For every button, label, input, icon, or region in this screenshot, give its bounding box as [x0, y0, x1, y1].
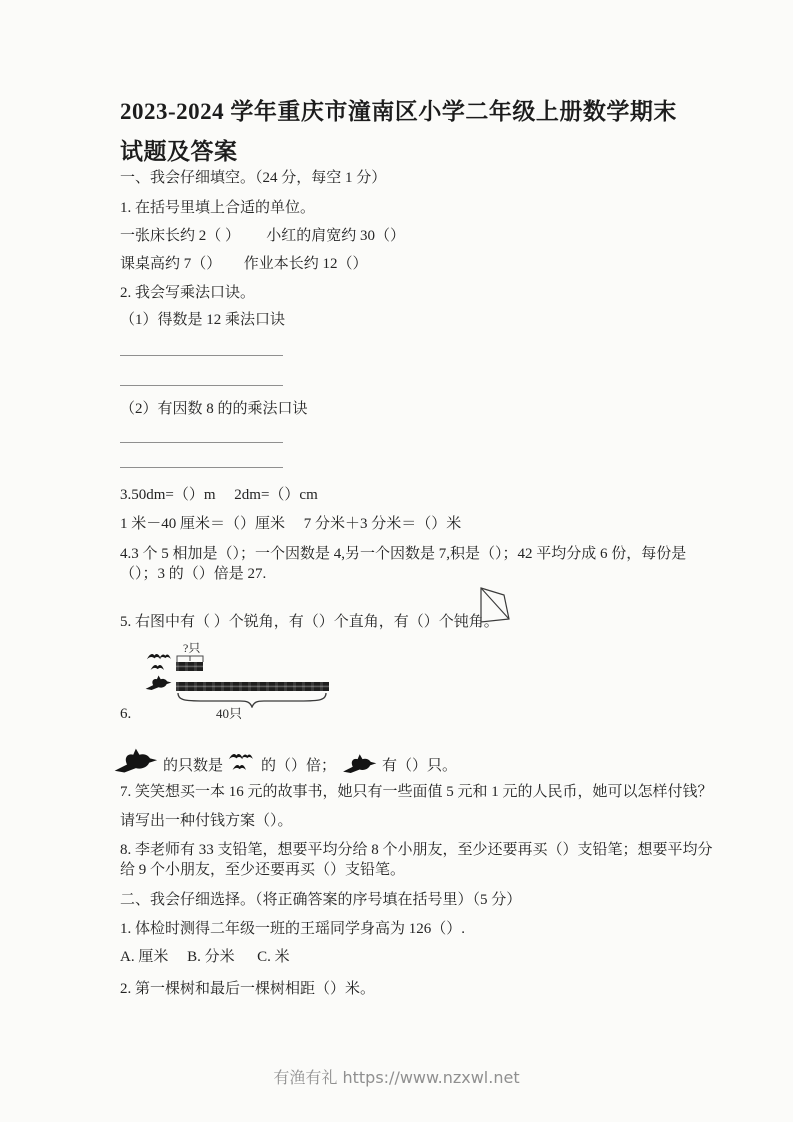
question-6-number: 6.: [120, 704, 131, 724]
unknown-count-label: ?只: [183, 641, 200, 655]
bird-icon: [341, 752, 377, 776]
question-5-prompt: 5. 右图中有（ ）个锐角，有（）个直角，有（）个钝角。: [120, 612, 499, 632]
question-4-line-1: 4.3 个 5 相加是（）；一个因数是 4,另一个因数是 7,积是（）；42 平…: [120, 544, 686, 564]
sentence-part-2: 的（）倍；: [261, 756, 336, 776]
question-4-line-2: （）；3 的（）倍是 27.: [120, 564, 266, 584]
curly-brace-icon: [176, 692, 328, 708]
bird-flock-icon: [146, 650, 174, 676]
question-2-sub-2: （2）有因数 8 的的乘法口诀: [120, 399, 308, 419]
section1-heading: 一、我会仔细填空。（24 分，每空 1 分）: [120, 168, 386, 188]
question-2-sub-1: （1）得数是 12 乘法口诀: [120, 310, 285, 330]
answer-blank-3: [120, 442, 283, 443]
sentence-part-3: 有（）只。: [382, 756, 457, 776]
answer-blank-4: [120, 467, 283, 468]
section2-heading: 二、我会仔细选择。（将正确答案的序号填在括号里）（5 分）: [120, 890, 521, 910]
measure-bracket-icon: [176, 654, 204, 662]
page-title: 2023-2024 学年重庆市潼南区小学二年级上册数学期末试题及答案: [120, 92, 700, 172]
exam-document-page: 2023-2024 学年重庆市潼南区小学二年级上册数学期末试题及答案 一、我会仔…: [0, 0, 793, 1122]
quadrilateral-with-diagonal-icon: [477, 584, 511, 626]
question-6-sentence: 的只数是 的（）倍； 有（）只。: [112, 742, 457, 776]
answer-blank-1: [120, 355, 283, 356]
total-count-label: 40只: [216, 707, 242, 721]
question-1-line-1: 一张床长约 2（ ） 小红的肩宽约 30（）: [120, 226, 405, 246]
question-8-line-2: 给 9 个小朋友，至少还要再买（）支铅笔。: [120, 860, 405, 880]
question-8-line-1: 8. 李老师有 33 支铅笔，想要平均分给 8 个小朋友，至少还要再买（）支铅笔…: [120, 840, 713, 860]
answer-blank-2: [120, 385, 283, 386]
question-7-line-2: 请写出一种付钱方案（）。: [120, 811, 293, 831]
bird-flock-icon: [228, 750, 256, 776]
question-3-line-1: 3.50dm=（）m 2dm=（）cm: [120, 485, 318, 505]
sentence-part-1: 的只数是: [163, 756, 223, 776]
long-bar: [176, 682, 329, 691]
bird-icon: [144, 674, 172, 692]
question-1-line-2: 课桌高约 7（） 作业本长约 12（）: [120, 254, 368, 274]
question-1-prompt: 1. 在括号里填上合适的单位。: [120, 198, 315, 218]
footer-watermark: 有渔有礼 https://www.nzxwl.net: [0, 1068, 793, 1088]
question-2-prompt: 2. 我会写乘法口诀。: [120, 283, 255, 303]
question-7-line-1: 7. 笑笑想买一本 16 元的故事书，她只有一些面值 5 元和 1 元的人民币，…: [120, 782, 713, 802]
short-bar: [176, 662, 203, 671]
s2-question-2-prompt: 2. 第一棵树和最后一棵树相距（）米。: [120, 979, 375, 999]
s2-question-1-options: A. 厘米 B. 分米 C. 米: [120, 947, 290, 967]
s2-question-1-prompt: 1. 体检时测得二年级一班的王瑶同学身高为 126（）.: [120, 919, 465, 939]
bird-icon: [112, 746, 158, 776]
question-3-line-2: 1 米－40 厘米＝（）厘米 7 分米＋3 分米＝（）米: [120, 514, 461, 534]
